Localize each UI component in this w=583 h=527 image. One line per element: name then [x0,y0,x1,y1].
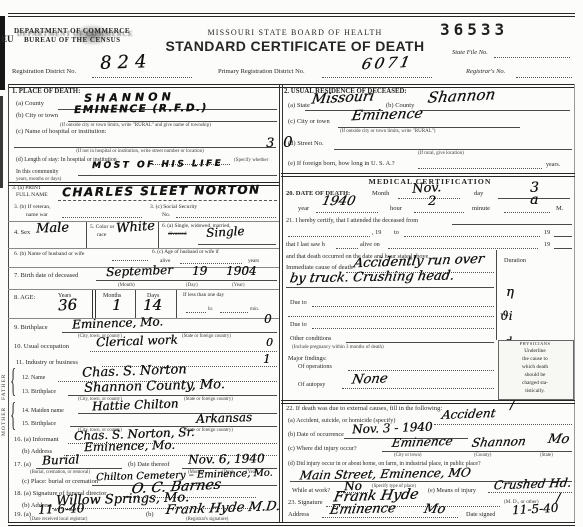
veteran-label1: 3. (b) If veteran, [14,205,51,211]
where-label: (c) Where did injury occur? [288,446,357,453]
state-file-line [494,57,570,58]
color-label1: 5. Color or [90,225,114,231]
external-intro: 22. If death was due to external causes,… [286,406,442,413]
dod-hour-label: hour [390,206,402,213]
pod-city-label: (b) City or town [16,113,58,120]
spouse-age-label1: 6. (c) Age of husband or wife if [152,250,219,256]
age-hr-label: hr. [208,307,213,312]
mother-brace: { [10,397,16,432]
dod-year-value: 1940 [321,195,357,208]
dod-month-label: Month [372,191,389,198]
due-to-line-1 [312,306,494,307]
left-border [8,84,9,523]
birthplace-value: Eminence, Mo. [72,315,163,330]
birthplace-label: 9. Birthplace [14,325,48,332]
res-foreign-suffix: years. [546,162,560,168]
scan-edge-artifact [0,96,3,188]
father-bp-cap-state: (State or foreign country) [184,397,233,402]
stay-mark: 3 [266,137,274,150]
primary-district-label: Primary Registration District No. [218,69,305,76]
color-label2: race [97,233,106,239]
birthdate-year: 1904 [226,265,257,277]
pod-stay-caption1: (Specify whether [234,158,268,163]
physician-addr-state: Mo [423,503,447,516]
stray-mark: 0 [283,135,293,150]
registrar-no-line [516,77,572,78]
due-to-label-2: Due to [290,322,307,329]
physician-addr-line [322,517,458,518]
findings-label: Major findings: [288,356,327,363]
mother-bp-label: 15. Birthplace [22,421,56,427]
informant-label: 16. (a) Informant [14,437,59,444]
certify-19c: 19 [544,242,550,249]
res-foreign-line [418,168,542,169]
res-state-value: Missouri [311,89,376,106]
res-county-line [420,110,570,111]
pod-community-value: MOST OF HIS LIFE [92,160,223,171]
physician-addr-label: Address [288,512,309,519]
pod-city-value: EMINENCE (R.F.D.) [74,103,208,116]
age-min-line [220,312,248,313]
where-cap-county: (County) [474,453,491,458]
external-kind-value: Accident [441,407,496,421]
pod-city-line [68,121,277,122]
work-label: While at work? [292,488,330,495]
pod-community-line [78,175,277,176]
pod-hospital-caption: (If not in hospital or institution, writ… [30,149,250,154]
external-kind-line [434,424,572,425]
autopsy-line [342,388,494,389]
father-brace: { [10,363,16,398]
age-divider [176,290,177,318]
veteran-label2: name war [26,213,48,219]
place-of-death-heading: 1. PLACE OF DEATH: [12,88,80,95]
serial-number: 36533 [440,22,508,39]
cap-year: (Year) [232,283,245,288]
burial-kind-value: Burial [42,453,80,466]
occupation-line [90,351,277,352]
age-years-value: 36 [58,298,78,314]
top-rule [8,13,575,17]
burial-kind-line [36,468,122,469]
reg-district-line [92,77,192,78]
ssn-label2: No. [162,213,170,219]
pen-stroke: ∕ [510,399,514,411]
age-months-value: 1 [112,298,122,313]
res-foreign-label: (e) If foreign born, how long in U. S. A… [288,161,395,168]
cause-line-2 [286,287,494,288]
age-divider [135,290,136,318]
other-conditions-caption: (Include pregnancy within 3 months of de… [292,345,384,350]
certify-blank5b [554,248,572,249]
burial-label: 17. (a) [14,462,31,469]
informant-addr-value: Eminence, Mo. [84,439,175,453]
mother-bp-value: Arkansas [196,411,252,425]
autopsy-value: None [351,372,389,386]
note-line2: the cause to [498,357,572,363]
ssn-label1: 3. (c) Social Security [150,205,197,211]
received-label: 19. (a) [14,512,31,519]
certify-to: to [394,230,399,237]
death-certificate: EU DEPARTMENT OF COMMERCE BUREAU OF THE … [0,0,583,527]
registrar-sig-label: (b) [146,512,154,519]
father-name-value: Chas. S. Norton [82,363,187,380]
operations-label: Of operations [298,364,332,371]
pod-community-label: In this community [16,169,59,175]
cause-value-2: by truck. Crushing head. [289,270,455,286]
where-cap-state: (State) [540,453,553,458]
burial-date-label: (b) Date thereof [128,462,170,469]
res-city-value: Eminence [351,107,424,123]
primary-district-value: 6071 [360,55,414,73]
sex-label: 4. Sex [14,230,30,237]
res-city-label: (c) City or town [288,119,330,126]
name-label1: 3. (a) PRINT [12,186,41,192]
birthdate-line [96,280,277,281]
did-injury-value: Main Street, Eminence, MO [299,467,472,482]
row-sep [8,289,279,290]
duration-divider [496,250,497,340]
note-line6: tistically. [498,389,572,395]
dod-ampm-value: a [530,193,538,207]
certify-blank2 [288,236,370,237]
age-days-value: 14 [143,298,162,313]
stray-mark: 1 [263,353,271,365]
burial-place-label: (c) Place: burial or cremation [22,479,98,486]
full-name-value: CHARLES SLEET NORTON [62,184,261,199]
reg-district-value: 824 [100,53,153,73]
duration-header: Duration [504,258,526,265]
note-line1: Underline [498,349,572,355]
primary-district-line [322,77,432,78]
where-cap-city: (City or town) [394,453,421,458]
spouse-label: 6. (b) Name of husband or wife [14,252,84,258]
occurrence-date-label: (b) Date of occurrence [288,432,344,439]
means-label: (e) Means of injury [428,488,476,495]
stamp-fragment: EU [1,35,14,44]
means-value: Crushed Hd. [493,477,572,492]
pod-county-label: (a) County [16,101,44,108]
certify-19b: 19 [544,230,550,237]
certificate-title: STANDARD CERTIFICATE OF DEATH [140,39,450,54]
right-border [574,84,575,523]
father-bp-label: 13. Birthplace [22,389,56,395]
res-state-label: (a) State [288,103,310,110]
note-line3: which death [498,365,572,371]
row-sep [8,248,279,249]
occupation-value: Clerical work [96,334,178,349]
occurrence-date-value: Nov. 3 - 1940 [352,421,433,436]
veteran-line [62,217,142,218]
received-caption: (Date received local registrar) [30,517,87,522]
birthplace-cap-state: (State or foreign country) [182,334,231,339]
where-city-value: Eminence [391,435,454,449]
cell-divider [158,222,159,248]
birthdate-label: 7. Birth date of deceased [14,273,78,280]
dod-year-label: year [298,206,309,213]
birthdate-month: September [106,264,173,278]
mother-name-value: Hattie Chilton [92,397,179,412]
cause-value-1: Accidently run over [353,253,485,271]
res-city-line [338,127,520,128]
operations-line [348,370,494,371]
other-conditions-label: Other conditions [290,336,331,343]
marital-value: Single [206,225,245,239]
birthdate-day: 19 [192,265,207,277]
where-state-value: Mo [547,433,571,446]
stray-mark: 0 [266,337,273,348]
sex-value: Male [36,221,69,235]
mother-name-label: 14. Maiden name [22,408,64,414]
marital-line [198,244,276,245]
stray-mark: 0 [264,313,272,325]
father-name-label: 12. Name [22,375,45,381]
autopsy-label: Of autopsy [298,382,325,389]
age-less-label: If less than one day [183,293,224,299]
dod-minute-label: minute [472,206,490,213]
dod-day-label: day [474,191,483,198]
res-street-label: (d) Street No. [288,141,324,148]
ssn-line [176,217,276,218]
name-label2: FULL NAME [16,193,48,199]
ink-smudge [72,24,112,46]
due-to-label-1: Due to [290,300,307,307]
certify-blank4 [336,248,358,249]
dod-month-value: Nov. [412,181,442,196]
certify-line1: 21. I hereby certify, that I attended th… [286,218,418,225]
age-hr-line [186,312,206,313]
where-county-value: Shannon [471,435,527,449]
res-street-caption: (If rural, give location) [418,151,464,156]
registrar-sig-caption: (Registrar's signature) [186,517,228,522]
certify-blank1 [452,224,572,225]
received-date-value: 11-6-40 [38,502,85,516]
date-signed-label: Date signed [466,512,495,519]
res-city-caption: (If outside city or town limits, write "… [340,129,435,134]
duration-squiggle: η [506,286,514,299]
dod-m-label: M. [556,206,563,213]
certify-19a: , 19 [372,230,381,237]
due-to-line-2 [312,328,494,329]
certify-blank5 [388,248,538,249]
pod-hospital-label: (c) Name of hospital or institution: [16,129,106,136]
date-signed-value: 11-5-40 [512,502,559,516]
certify-blank3 [404,236,540,237]
cell-divider [86,222,87,248]
duration-squiggle: ϑi [500,310,512,322]
burial-date-value: Nov. 6, 1940 [188,452,265,465]
age-min-label: min. [250,307,259,312]
note-garbled: PHYSICIANS [498,342,572,347]
mother-side-label: MOTHER [2,404,8,436]
pod-hospital-line [14,147,276,148]
res-street-line [334,149,572,150]
board-name: MISSOURI STATE BOARD OF HEALTH [160,29,430,37]
father-side-label: FATHER [2,368,8,400]
father-bp-value: Shannon County, Mo. [84,378,225,395]
certify-line3: that I last saw h [286,242,325,249]
cap-month: (Month) [118,283,135,288]
state-file-label: State File No. [452,50,488,57]
note-line5: charged sta- [498,381,572,387]
registrar-no-label: Registrar's No. [466,69,505,76]
dod-minute-line [504,212,550,213]
note-line4: should be [498,373,572,379]
dod-year-line [316,212,378,213]
other-conditions-line [346,342,494,343]
scan-edge-artifact [0,16,5,90]
due-to-line-1b [288,316,494,317]
age-label: 8. AGE: [14,295,35,302]
bottom-rule [8,522,575,526]
spouse-line [112,260,148,261]
reg-district-label: Registration District No. [12,69,76,76]
registrar-signature: Frank Hyde M.D. [165,500,281,517]
certify-blank3b [554,236,572,237]
marital-label2: divorced [168,232,187,238]
industry-label: 11. Industry or business [16,360,78,367]
dod-hour-value: 2 [428,195,436,208]
color-value: White [116,220,156,236]
full-name-line [58,200,277,201]
burial-kind-caption: (Burial, cremation, or removal) [30,470,90,475]
age-divider [92,290,96,318]
res-county-value: Shannon [426,87,496,105]
physician-addr-value: Eminence [329,502,397,517]
occupation-label: 10. Usual occupation [14,344,69,351]
certify-aliveon: alive on [360,242,380,249]
dod-hour-line [414,212,464,213]
physician-sig-label: 23. Signature [288,500,323,507]
where-line [382,451,572,452]
external-rule [281,400,575,404]
cap-day: (Day) [186,283,198,288]
